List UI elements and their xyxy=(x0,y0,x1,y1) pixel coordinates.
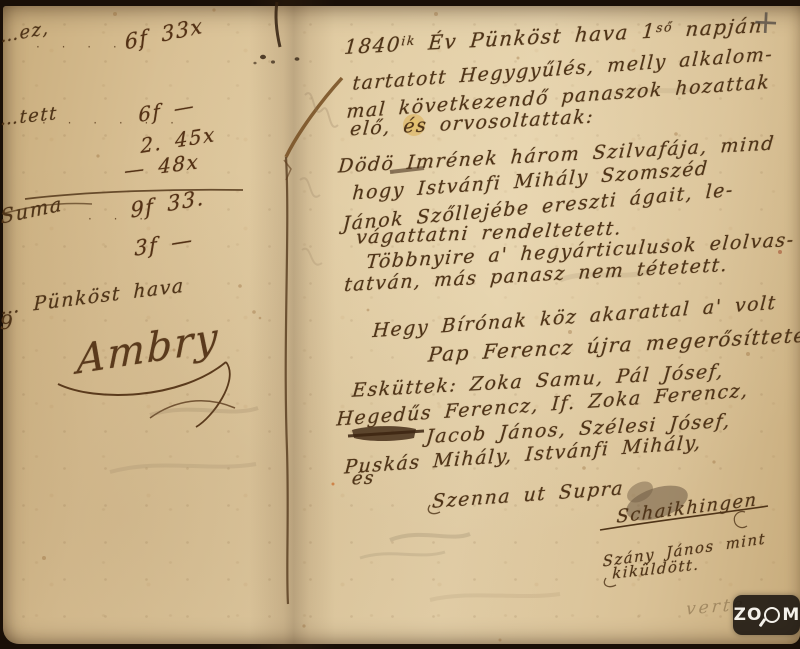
heading-day-suffix: ső xyxy=(656,19,674,35)
manuscript-line: és xyxy=(351,468,376,490)
zoom-watermark-badge: Z O M xyxy=(733,595,800,635)
zoom-watermark-letter-m: M xyxy=(782,605,799,625)
zoom-watermark-letter-z: Z xyxy=(734,605,746,625)
manuscript-photo: …ez, · · · · · 6f 33x …tett · · · · · · … xyxy=(0,0,800,649)
zoom-watermark-letter-o: O xyxy=(747,605,761,625)
magnifier-icon xyxy=(764,607,780,623)
graphite-cross-mark: + xyxy=(751,1,781,41)
ledger-partial-digit: 9 xyxy=(0,310,14,334)
heading-year: 1840 xyxy=(343,32,402,59)
